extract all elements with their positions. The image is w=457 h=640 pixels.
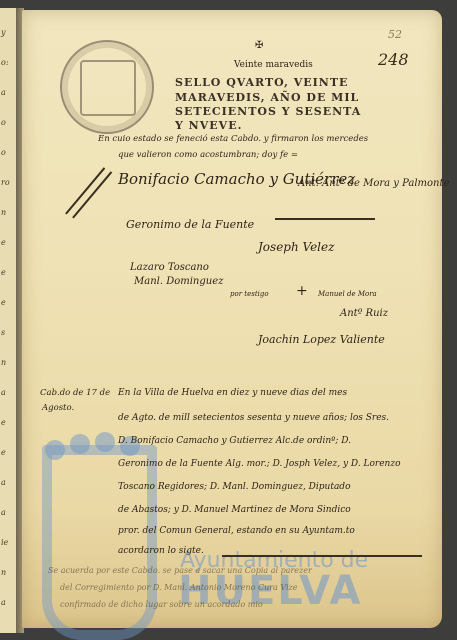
closing-rule bbox=[222, 555, 422, 557]
margin-note: Agosto. bbox=[42, 403, 74, 413]
fragment: ie bbox=[1, 538, 8, 547]
stamp-header: Veinte maravedis bbox=[234, 60, 313, 70]
text-line: Toscano Regidores; D. Manl. Dominguez, D… bbox=[118, 482, 350, 492]
fragment: e bbox=[1, 238, 6, 247]
stamp-line: SETECIENTOS Y SESENTA bbox=[175, 105, 361, 118]
faded-text-line: Se acuerda por este Cabdo. se pase a sac… bbox=[48, 566, 312, 575]
faded-text-line: del Corregimiento por D. Manl. Antonio M… bbox=[60, 583, 298, 592]
cross-ornament-icon: ✠ bbox=[255, 40, 263, 51]
faded-text-line: confirmado de dicho lugar sobre un acord… bbox=[60, 600, 263, 609]
text-line: acordaron lo sigte. bbox=[118, 546, 204, 556]
cross-mark-icon: + bbox=[296, 283, 308, 299]
fragment: n bbox=[1, 568, 6, 577]
fragment: s bbox=[1, 328, 5, 337]
fragment: e bbox=[1, 268, 6, 277]
tax-seal-stamp bbox=[60, 40, 154, 134]
fragment: n bbox=[1, 208, 6, 217]
text-line: D. Bonifacio Camacho y Gutierrez Alc.de … bbox=[118, 436, 351, 446]
fragment: a bbox=[1, 478, 6, 487]
stamp-line: SELLO QVARTO, VEINTE bbox=[175, 76, 348, 89]
text-line: En la Villa de Huelva en diez y nueve di… bbox=[118, 388, 347, 398]
fragment: ro bbox=[1, 178, 10, 187]
signature: Manuel de Mora bbox=[318, 290, 377, 298]
signature: Joachin Lopez Valiente bbox=[258, 333, 385, 346]
witness-note: por testigo bbox=[230, 290, 269, 298]
text-line: pror. del Comun General, estando en su A… bbox=[118, 526, 355, 536]
fragment: o bbox=[1, 148, 6, 157]
signature: Manl. Dominguez bbox=[134, 276, 223, 287]
signature: Geronimo de la Fuente bbox=[126, 218, 254, 231]
fragment: a bbox=[1, 598, 6, 607]
fragment: a bbox=[1, 508, 6, 517]
fragment: a bbox=[1, 388, 6, 397]
text-line: de Abastos; y D. Manuel Martinez de Mora… bbox=[118, 505, 351, 515]
stamp-line: MARAVEDIS, AÑO DE MIL bbox=[175, 91, 359, 104]
seal-coat-of-arms-icon bbox=[80, 60, 136, 116]
fragment: o bbox=[1, 118, 6, 127]
fragment: e bbox=[1, 448, 6, 457]
text-line: de Agto. de mill setecientos sesenta y n… bbox=[118, 413, 389, 423]
fragment: e bbox=[1, 298, 6, 307]
signature: Ant. Antº de Mora y Palmonte bbox=[298, 178, 449, 189]
text-line: Geronimo de la Fuente Alg. mor.; D. Josp… bbox=[118, 459, 401, 469]
stamp-line: Y NVEVE. bbox=[175, 119, 242, 132]
text-line: En cuio estado se feneció esta Cabdo. y … bbox=[98, 134, 368, 144]
signature: Lazaro Toscano bbox=[130, 262, 209, 273]
fragment: n bbox=[1, 358, 6, 367]
fragment: e bbox=[1, 418, 6, 427]
watermark-shield-icon bbox=[42, 445, 157, 640]
fragment: a bbox=[1, 88, 6, 97]
folio-number-faded: 52 bbox=[388, 28, 402, 41]
signature: Antº Ruiz bbox=[340, 308, 388, 319]
fragment: o: bbox=[1, 58, 9, 67]
folio-number: 248 bbox=[378, 50, 409, 69]
margin-note: Cab.do de 17 de bbox=[40, 388, 110, 398]
text-line: que valieron como acostumbran; doy fe = bbox=[118, 150, 298, 160]
fragment: y bbox=[1, 28, 6, 37]
signature: Joseph Velez bbox=[258, 240, 334, 254]
pen-flourish bbox=[275, 218, 375, 220]
